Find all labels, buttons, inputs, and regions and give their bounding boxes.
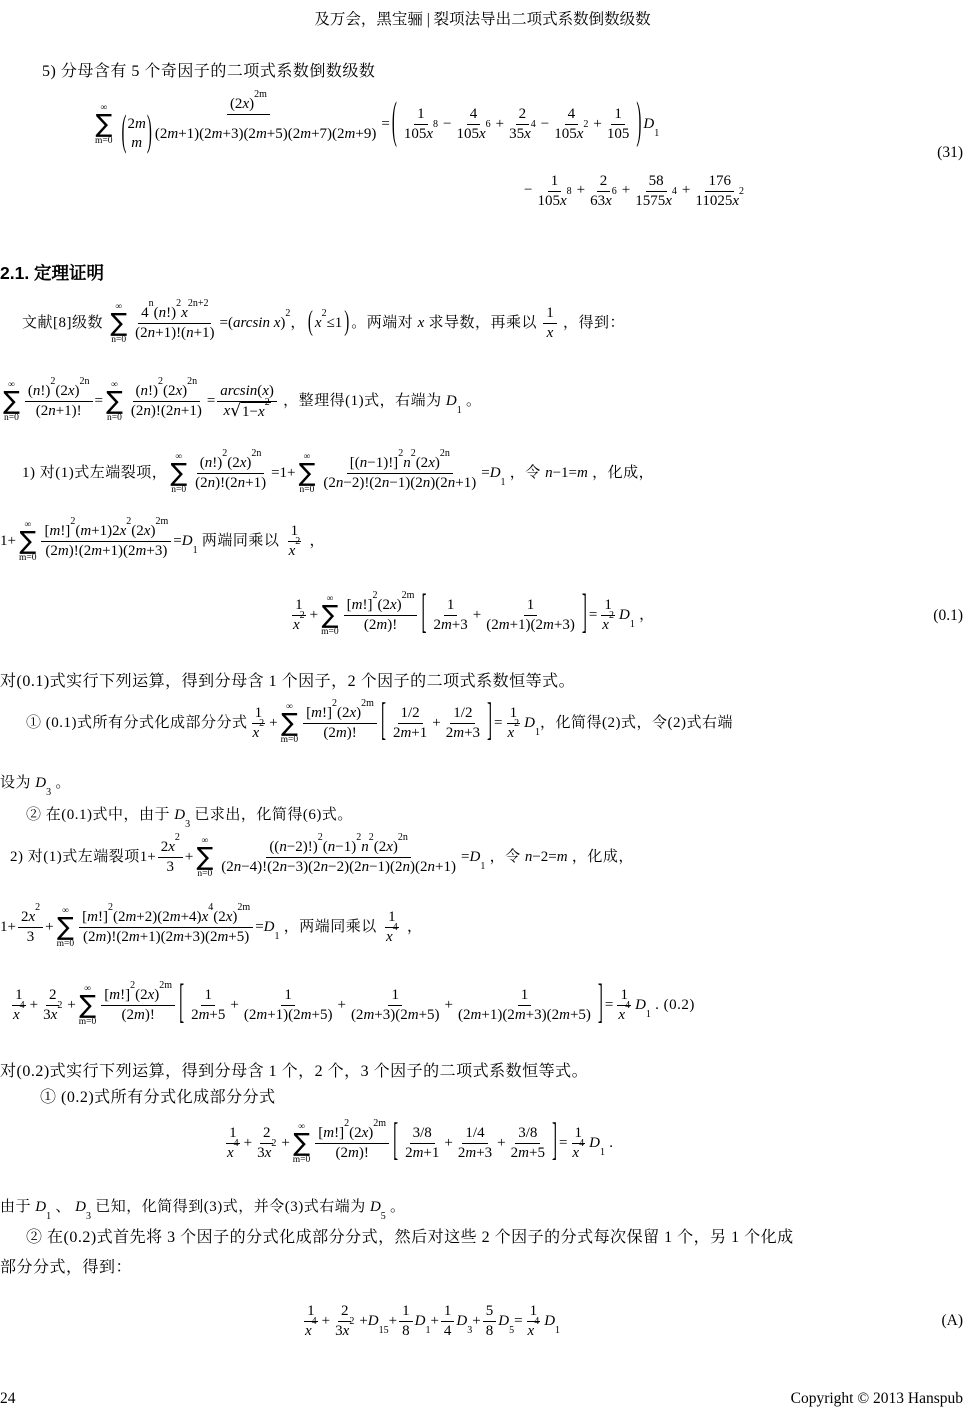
math-variable: D: [635, 997, 646, 1013]
equation-label: (31): [937, 143, 963, 163]
sigma-symbol: ∑: [321, 604, 338, 627]
math-text: +: [322, 1312, 330, 1332]
math-text: x4: [618, 1006, 630, 1025]
fraction-denominator: 2m+3: [455, 1144, 495, 1163]
superscript: 4: [208, 902, 213, 913]
math-variable: x: [144, 523, 151, 539]
math-variable: m: [465, 1145, 476, 1161]
math-text: =: [207, 392, 215, 412]
math-fraction: 1/22m+1: [390, 704, 430, 743]
math-text: [m!]2(2m+2)(2m+4)x4(2x)2m: [82, 908, 250, 927]
math-text: 2x2: [21, 908, 40, 927]
superscript: n: [149, 298, 154, 309]
math-text: 2: [519, 105, 527, 124]
math-text: (2n−4)!(2n−3)(2n−2)(2n−1)(2n)(2n+1): [221, 858, 456, 877]
fraction-numerator: 1/2: [398, 704, 423, 724]
fraction-denominator: x4: [302, 1322, 320, 1341]
math-text: +: [310, 606, 318, 626]
math-variable: n: [328, 839, 336, 855]
sigma-symbol: ∑: [79, 994, 96, 1017]
math-text: x4: [227, 1144, 239, 1163]
equation-row: ② 在(0.1)式中，由于 D3 已求出，化简得(6)式。: [26, 806, 353, 826]
fraction-numerator: 3/8: [410, 1124, 435, 1144]
big-delimiter: [: [393, 1121, 398, 1166]
math-variable: m: [345, 126, 356, 142]
set-as-d3-line: 设为 D3 。: [0, 774, 71, 794]
text-run: 。两端对: [351, 314, 417, 334]
fraction-denominator: 8: [483, 1322, 497, 1341]
math-variable: D: [75, 1199, 86, 1215]
math-fraction: 23x2: [332, 1302, 357, 1341]
fraction-numerator: 2x2: [158, 838, 183, 858]
superscript: 2m: [159, 980, 172, 991]
math-text: x2: [293, 616, 305, 635]
fraction-denominator: x2: [250, 724, 268, 743]
math-variable: m: [96, 929, 107, 945]
fraction-numerator: [m!]2(2x)2m: [101, 986, 175, 1006]
equation-row: ① (0.1)式所有分式化成部分分式1x2+∞∑m=0[m!]2(2x)2m(2…: [26, 702, 733, 745]
fraction-numerator: 1: [611, 105, 625, 125]
math-text: 8: [402, 1322, 410, 1341]
math-text: +: [30, 996, 38, 1016]
fraction-numerator: 4: [565, 105, 579, 125]
text-run: ，得到：: [559, 314, 625, 334]
fraction-numerator: (n!)2(2x)2n: [133, 382, 201, 402]
fraction-numerator: 2x2: [18, 908, 43, 928]
math-text: =: [95, 392, 103, 412]
math-text: +: [185, 848, 193, 868]
math-text: x4: [305, 1322, 317, 1341]
big-delimiter: [: [381, 701, 386, 746]
math-text: x4: [13, 1006, 25, 1025]
step-2-substituted-line: 1+2x23+∞∑m=0[m!]2(2m+2)(2m+4)x4(2x)2m(2m…: [0, 906, 422, 949]
math-fraction: 1x4: [224, 1124, 242, 1163]
summation-operator: ∞∑m=0: [95, 103, 113, 146]
math-text: 5: [486, 1302, 494, 1321]
binom-right-paren: ): [147, 113, 152, 157]
math-variable: m: [471, 1007, 482, 1023]
math-variable: n: [423, 475, 431, 491]
text-run: ，令: [506, 464, 546, 484]
math-variable: D: [469, 849, 480, 865]
math-variable: D: [619, 607, 630, 623]
math-fraction: 1(2m+1)(2m+3)(2m+5): [455, 986, 594, 1025]
superscript: 2n: [398, 832, 408, 843]
math-variable: n: [159, 305, 167, 321]
math-variable: D: [498, 1313, 509, 1329]
math-variable: x: [390, 597, 397, 613]
math-text: m: [131, 135, 142, 151]
superscript: 2: [70, 516, 75, 527]
math-variable: m: [109, 987, 120, 1003]
math-variable: D: [35, 1199, 46, 1215]
math-text: D1: [589, 1134, 605, 1154]
math-text: =: [589, 606, 597, 626]
fraction-numerator: 1: [444, 596, 458, 616]
fraction-numerator: 1: [543, 304, 557, 324]
subscript: 1: [501, 477, 506, 488]
fraction-denominator: x4: [10, 1006, 28, 1025]
item-circB-text: ② 在(0.2)式首先将 3 个因子的分式化成部分分式，然后对这些 2 个因子的…: [26, 1228, 794, 1249]
summation-operator: ∞∑m=0: [281, 702, 299, 745]
superscript: 4: [534, 1316, 539, 1327]
text-run: ，: [290, 314, 306, 334]
math-text: D1+: [415, 1312, 439, 1332]
math-fraction: 2x23: [18, 908, 43, 947]
math-text: 4: [470, 105, 478, 124]
math-text: (2m+1)(2m+5): [244, 1006, 333, 1025]
radicand: 1−x2: [241, 402, 271, 422]
sigma-symbol: ∑: [299, 462, 316, 485]
math-variable: m: [217, 929, 228, 945]
math-variable: m: [559, 1007, 570, 1023]
math-variable: x: [428, 455, 435, 471]
math-variable: m: [49, 523, 60, 539]
math-variable: x: [258, 404, 265, 420]
math-fraction: 18: [399, 1302, 413, 1341]
fraction-numerator: ((n−2)!)2(n−1)2n2(2x)2n: [266, 838, 411, 858]
math-variable: x: [426, 126, 433, 142]
text-run: ，令: [485, 848, 525, 868]
superscript: 2: [369, 832, 374, 843]
math-fraction: 23x2: [40, 986, 65, 1025]
superscript: 2: [285, 308, 290, 319]
superscript: 2: [332, 698, 337, 709]
fraction-denominator: 105: [604, 125, 633, 144]
math-text: 2m+5: [511, 1144, 545, 1163]
superscript: 2m: [237, 902, 250, 913]
math-text: 2: [600, 172, 608, 191]
math-fraction: 58: [483, 1302, 497, 1341]
math-variable: n: [382, 475, 390, 491]
text-run: .: [605, 1134, 614, 1154]
math-variable: arcsin: [233, 315, 270, 331]
paragraph-reference-series: 文献[8]级数 ∞∑n=04n(n!)2x2n+2(2n+1)!(n+1)=(a…: [22, 302, 625, 345]
math-text: 105x8: [404, 125, 438, 144]
math-text: D1: [635, 996, 651, 1016]
math-variable: D: [446, 393, 457, 409]
math-text: +: [244, 1134, 252, 1154]
superscript: 4: [20, 1000, 25, 1011]
math-text: 35x4: [509, 125, 536, 144]
math-variable: m: [212, 126, 223, 142]
subscript: 3: [185, 819, 190, 830]
math-variable: m: [400, 725, 411, 741]
math-variable: D: [544, 1313, 555, 1329]
math-variable: n: [336, 475, 344, 491]
math-variable: x: [362, 1125, 369, 1141]
text-run: 文献[8]级数: [22, 314, 107, 334]
math-variable: n: [428, 859, 436, 875]
sigma-symbol: ∑: [293, 1132, 310, 1155]
binom-bottom: m: [131, 134, 142, 154]
math-variable: x: [168, 839, 175, 855]
text-run: ① (0.1)式所有分式化成部分分式: [26, 714, 248, 734]
math-variable: x: [418, 315, 425, 331]
math-fraction: 12m+3: [430, 596, 470, 635]
fraction-denominator: (2m)!(2m+1)(2m+3): [42, 542, 170, 561]
math-variable: m: [131, 135, 142, 151]
superscript: 2: [175, 832, 180, 843]
summation-operator: ∞∑m=0: [19, 520, 37, 563]
math-text: 2m+3: [433, 616, 467, 635]
fraction-denominator: 2m+5: [508, 1144, 548, 1163]
summation-operator: ∞∑n=0: [110, 302, 127, 345]
math-fraction: [m!]2(2m+2)(2m+4)x4(2x)2m(2m)!(2m+1)(2m+…: [79, 908, 253, 947]
fraction-denominator: x4: [525, 1322, 543, 1341]
math-fraction: 1(2m+3)(2m+5): [348, 986, 443, 1025]
math-variable: D: [370, 1199, 381, 1215]
superscript: 2: [108, 902, 113, 913]
math-variable: m: [256, 126, 267, 142]
equation-label: (0.1): [933, 606, 963, 626]
equation-row: ∞∑n=0(n!)2(2x)2n(2n+1)!=∞∑n=0(n!)2(2x)2n…: [0, 380, 482, 423]
math-variable: m: [577, 465, 588, 481]
math-text: x2: [508, 724, 520, 743]
math-text: =1+: [271, 464, 295, 484]
subscript: 1: [600, 1147, 605, 1158]
big-delimiter: (: [392, 99, 397, 150]
page-header-title: 及万会，黑宝骊 | 裂项法导出二项式系数倒数级数: [0, 10, 965, 30]
math-variable: arcsin: [220, 383, 257, 399]
math-text: 3/8: [413, 1124, 432, 1143]
fraction-denominator: 2m+3: [430, 616, 470, 635]
math-variable: x: [224, 403, 231, 419]
math-text: [m!]2(2x)2m: [347, 596, 415, 615]
subscript: 5: [381, 1211, 386, 1222]
subscript: 1: [457, 405, 462, 416]
math-variable: D: [35, 775, 46, 791]
fraction-denominator: x2: [286, 542, 304, 561]
superscript: 2m: [373, 1118, 386, 1129]
fraction-denominator: x: [544, 324, 557, 343]
math-fraction: 1x: [543, 304, 557, 343]
math-text: D1: [35, 1198, 51, 1218]
math-variable: m: [543, 617, 554, 633]
math-text: 3x2: [257, 1144, 276, 1163]
math-variable: m: [323, 1125, 334, 1141]
subscript: 1: [275, 931, 280, 942]
math-text: +: [269, 714, 277, 734]
math-text: 2m+3: [458, 1144, 492, 1163]
math-fraction: 1(2m+1)(2m+3): [483, 596, 578, 635]
math-text: =D1: [481, 464, 505, 484]
equation-row: ∞∑m=0(2x)2m(2mm)(2m+1)(2m+3)(2m+5)(2m+7)…: [92, 95, 963, 154]
math-variable: D: [524, 715, 535, 731]
fraction-denominator: x2: [290, 616, 308, 635]
superscript: 2n: [440, 448, 450, 459]
subscript: 1: [646, 1009, 651, 1020]
fraction-numerator: [m!]2(2x)2m: [344, 596, 418, 616]
math-fraction: 1x2: [250, 704, 268, 743]
math-text: 3x2: [43, 1006, 62, 1025]
superscript: 6: [612, 186, 617, 197]
fraction-numerator: [m!]2(2m+2)(2m+4)x4(2x)2m: [79, 908, 253, 928]
math-text: +: [45, 918, 53, 938]
math-text: 105x2: [554, 125, 588, 144]
radical-sign: √: [230, 403, 241, 420]
superscript: 2: [50, 376, 55, 387]
math-text: =: [605, 996, 613, 1016]
big-delimiter: (: [308, 309, 313, 338]
math-text: +: [337, 996, 345, 1016]
superscript: 2: [514, 718, 519, 729]
math-text: D1: [446, 392, 462, 412]
binom-left-paren: (: [122, 113, 127, 157]
fraction-denominator: (2m)!: [333, 1144, 372, 1163]
fraction-denominator: 8: [399, 1322, 413, 1341]
math-variable: D: [264, 919, 275, 935]
fraction-numerator: 1/2: [450, 704, 475, 724]
summation-operator: ∞∑m=0: [57, 906, 75, 949]
superscript: 4: [531, 119, 536, 130]
summation-operator: ∞∑n=0: [196, 836, 213, 879]
math-text: x4: [528, 1322, 540, 1341]
superscript: 2n: [187, 376, 197, 387]
text-run: 已知，化简得到(3)式，并令(3)式右端为: [91, 1198, 370, 1218]
fraction-numerator: 1: [399, 1302, 413, 1322]
math-fraction: 4105x6: [453, 105, 493, 144]
fraction-denominator: 3x2: [254, 1144, 279, 1163]
math-text: (2m)!: [122, 1006, 155, 1025]
text-run: . (0.2): [651, 996, 695, 1016]
math-variable: m: [125, 909, 136, 925]
math-variable: n: [403, 455, 411, 471]
math-text: 8: [486, 1322, 494, 1341]
math-fraction: 1(2m+1)(2m+5): [241, 986, 336, 1025]
math-fraction: (2x)2m(2mm)(2m+1)(2m+3)(2m+5)(2m+7)(2m+9…: [118, 95, 380, 154]
paper-page: 及万会，黑宝骊 | 裂项法导出二项式系数倒数级数 5) 分母含有 5 个奇因子的…: [0, 0, 965, 1414]
subscript: 3: [467, 1325, 472, 1336]
superscript: 2: [318, 832, 323, 843]
math-fraction: 1/22m+3: [443, 704, 483, 743]
subscript: 1: [425, 1325, 430, 1336]
big-delimiter: ]: [552, 1121, 557, 1166]
math-text: [m!]2(2x)2m: [318, 1124, 386, 1143]
math-text: 1: [444, 1302, 452, 1321]
fraction-denominator: (2mm)(2m+1)(2m+3)(2m+5)(2m+7)(2m+9): [118, 115, 380, 154]
math-text: (2m+1)(2m+3): [486, 616, 575, 635]
math-text: (2m)!(2m+1)(2m+3): [45, 542, 167, 561]
subscript: 5: [509, 1325, 514, 1336]
superscript: 2: [57, 1000, 62, 1011]
math-text: 1: [402, 1302, 410, 1321]
math-variable: x: [386, 839, 393, 855]
math-text: +: [473, 606, 481, 626]
math-variable: x: [242, 96, 249, 112]
math-variable: x: [479, 126, 486, 142]
math-variable: m: [199, 1007, 210, 1023]
math-variable: n: [173, 403, 181, 419]
math-text: 1/2: [453, 704, 472, 723]
equation-A: 1x4+23x2+D15+18D1+14D3+58D5=1x4D1(A): [300, 1302, 963, 1341]
superscript: 2: [372, 590, 377, 601]
math-variable: x: [560, 193, 567, 209]
math-variable: m: [518, 1145, 529, 1161]
math-fraction: (n!)2(2x)2n(2n+1)!: [25, 382, 93, 421]
fraction-denominator: 105x6: [453, 125, 493, 144]
math-text: (2n+1)!(n+1): [135, 324, 214, 343]
equation-row: 1x4+23x2+∞∑m=0[m!]2(2x)2m(2m)![3/82m+1+1…: [222, 1122, 613, 1165]
math-variable: m: [58, 543, 69, 559]
superscript: 2: [322, 308, 327, 319]
big-delimiter: ]: [598, 982, 603, 1030]
fraction-denominator: (2m+3)(2m+5): [348, 1006, 443, 1025]
equation-row: 1+2x23+∞∑m=0[m!]2(2m+2)(2m+4)x4(2x)2m(2m…: [0, 906, 422, 949]
superscript: 2: [265, 397, 270, 408]
math-fraction: 1x4: [615, 986, 633, 1025]
fraction-denominator: (2n−4)!(2n−3)(2n−2)(2n−1)(2n)(2n+1): [218, 858, 459, 877]
math-text: +D15+: [359, 1312, 397, 1332]
sigma-symbol: ∑: [57, 916, 74, 939]
fraction-numerator: [m!]2(2x)2m: [303, 704, 377, 724]
math-variable: n: [186, 325, 194, 341]
math-text: 3x2: [335, 1322, 354, 1341]
math-variable: x: [665, 193, 672, 209]
text-run: 。: [386, 1198, 406, 1218]
math-text: (n!)2(2x)2n: [28, 382, 90, 401]
superscript: 2: [739, 186, 744, 197]
superscript: 2: [356, 832, 361, 843]
sum-lower-limit: n=0: [107, 413, 122, 423]
fraction-numerator: 176: [705, 172, 734, 192]
fraction-denominator: 3: [24, 928, 38, 947]
math-text: 2m+1: [393, 724, 427, 743]
math-text: 1: [614, 105, 622, 124]
math-variable: x: [605, 193, 612, 209]
superscript: 2: [411, 448, 416, 459]
summation-operator: ∞∑m=0: [79, 984, 97, 1027]
fraction-denominator: 2m+1: [402, 1144, 442, 1163]
subscript: 15: [379, 1325, 389, 1336]
fraction-denominator: (2m)!: [320, 724, 359, 743]
math-variable: n: [362, 859, 370, 875]
sum-lower-limit: m=0: [281, 735, 299, 745]
fraction-denominator: 3x2: [332, 1322, 357, 1341]
superscript: 2m: [254, 89, 267, 100]
summation-operator: ∞∑n=0: [170, 452, 187, 495]
math-variable: m: [301, 1007, 312, 1023]
summation-operator: ∞∑n=0: [3, 380, 20, 423]
math-fraction: 1x4: [383, 908, 401, 947]
sum-lower-limit: n=0: [111, 335, 126, 345]
math-variable: x: [732, 193, 739, 209]
math-fraction: 235x4: [506, 105, 539, 144]
math-text: 1/4: [465, 1124, 484, 1143]
fraction-numerator: 1: [388, 986, 402, 1006]
math-variable: n: [448, 475, 456, 491]
fraction-denominator: (2m+1)(2m+3): [483, 616, 578, 635]
big-delimiter: [: [179, 982, 184, 1030]
big-delimiter: [: [421, 592, 426, 640]
math-variable: x: [293, 617, 300, 633]
equation-row: 1x4+23x2+D15+18D1+14D3+58D5=1x4D1: [300, 1302, 963, 1341]
fraction-numerator: 3/8: [515, 1124, 540, 1144]
math-fraction: [m!]2(m+1)2x2(2x)2m(2m)!(2m+1)(2m+3): [41, 522, 171, 561]
math-variable: x: [349, 705, 356, 721]
big-delimiter: ]: [487, 701, 492, 746]
math-text: D5=: [498, 1312, 522, 1332]
math-text: 1575x4: [635, 192, 677, 211]
math-text: +: [230, 996, 238, 1016]
math-text: 11025x2: [695, 192, 744, 211]
math-text: n−1=m: [545, 464, 588, 484]
math-fraction: 2x23: [158, 838, 183, 877]
equation-label: (A): [941, 1311, 963, 1331]
math-fraction: [m!]2(2x)2m(2m)!: [303, 704, 377, 743]
math-variable: m: [300, 126, 311, 142]
fraction-denominator: x4: [383, 928, 401, 947]
